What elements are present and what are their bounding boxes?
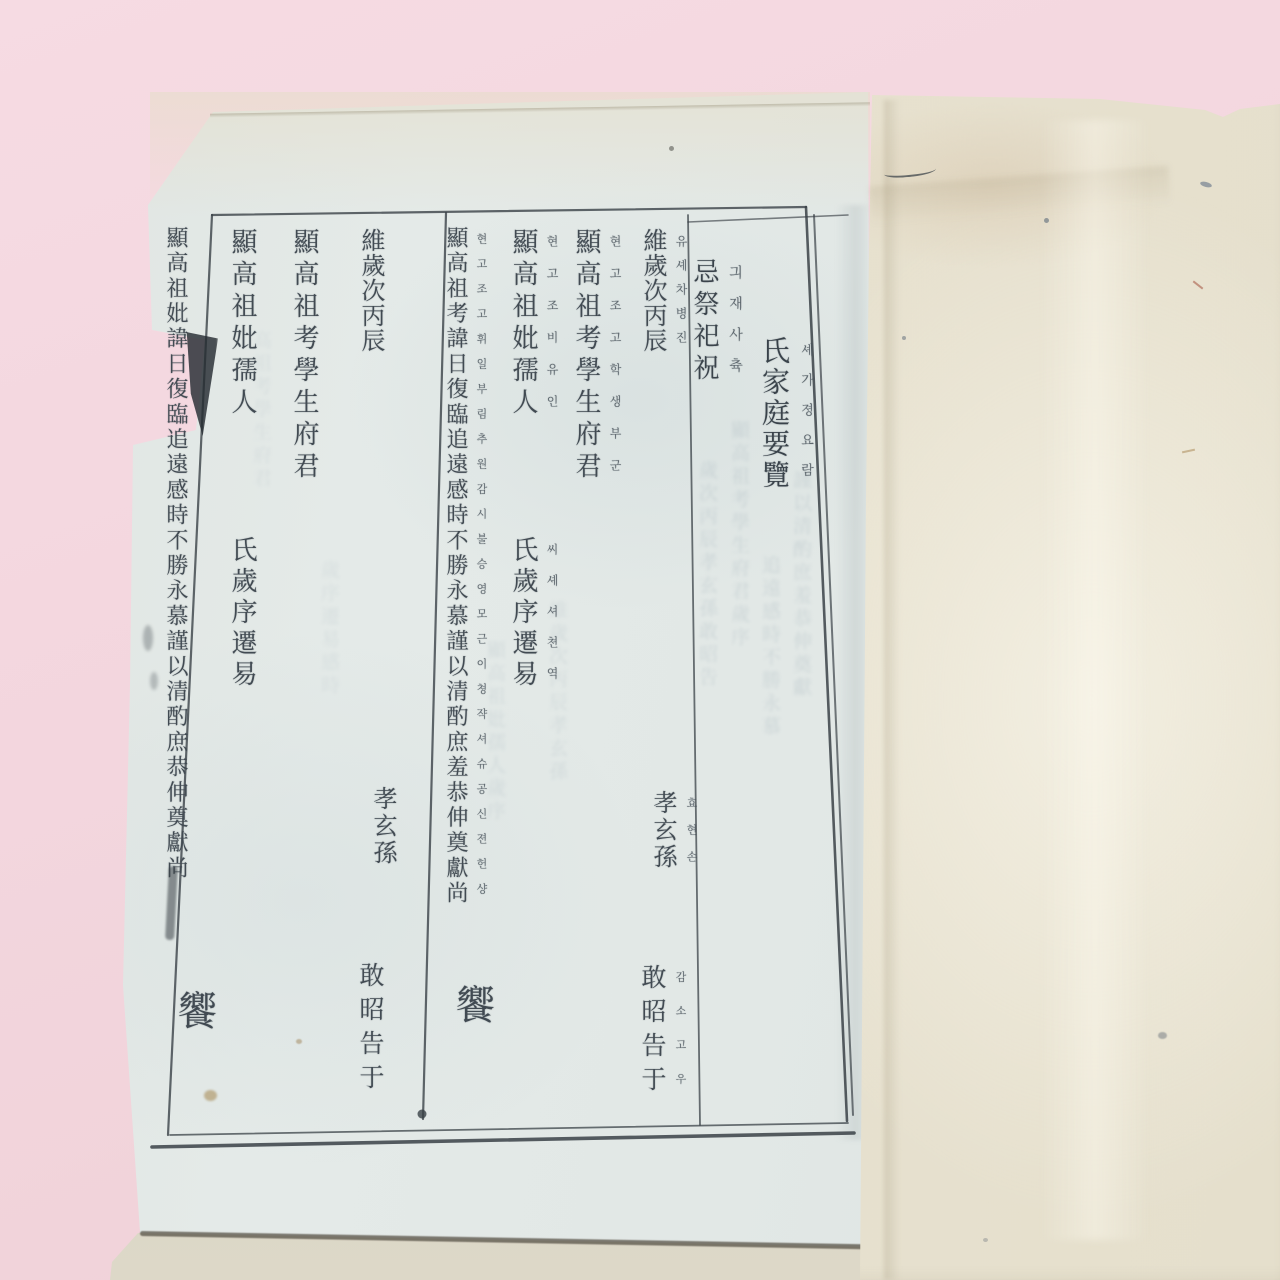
bleedthrough-text: 歲次丙辰孝玄孫敢昭告: [694, 460, 721, 690]
hanja-text: 饗: [444, 984, 501, 1024]
hanja-text: 氏歲序遷易: [224, 536, 261, 691]
hanja-text: 顯高祖妣諱日復臨追遠感時不勝永慕謹以清酌庶恭伸奠獻尚: [160, 226, 191, 881]
declaration-phrase: 敢昭告于 감소고우: [634, 964, 688, 1107]
paper-speck: [1044, 218, 1049, 223]
bleedthrough-text: 追遠感時不勝永慕: [757, 555, 784, 739]
ancestress-title: 顯高祖妣孺人 현고조비유인: [505, 228, 561, 427]
clan-seasons-phrase: 氏歲序遷易 씨셰셔쳔역: [505, 536, 561, 698]
hyang-character: 饗: [166, 990, 223, 1030]
paper-stain: [204, 1090, 217, 1101]
bleedthrough-text: 歲序遷易感時: [316, 560, 343, 698]
filial-descendant: 孝玄孫: [366, 786, 401, 867]
photo-of-open-ritual-book: { "scene": { "description": "Photograph …: [0, 0, 1280, 1280]
hangul-gloss: 효현손: [683, 797, 699, 878]
paper-stain: [296, 1039, 302, 1044]
paper-speck: [1158, 1032, 1167, 1039]
ancestor-title: 顯高祖考學生府君 현고조고학생부군: [568, 228, 624, 491]
prayer-body: 顯高祖考諱日復臨追遠感時不勝永慕謹以清酌庶羞恭伸奠獻尚 현고조고휘일부림추원감시…: [440, 226, 489, 908]
hangul-gloss: 씨셰셔쳔역: [544, 543, 561, 698]
book-title-hanja: 氏家庭要覽: [754, 336, 794, 491]
ancestress-title: 顯高祖妣孺人: [224, 228, 261, 420]
hangul-gloss: 현고조고휘일부림추원감시불승영모근이쳥쟉셔슈공신젼헌샹: [473, 233, 489, 908]
section-heading-hanja: 忌祭祀祝: [686, 258, 723, 386]
prayer-body: 顯高祖妣諱日復臨追遠感時不勝永慕謹以清酌庶恭伸奠獻尚: [160, 226, 191, 881]
hangul-gloss: 현고조고학생부군: [607, 235, 624, 491]
hanja-text: 饗: [166, 990, 223, 1030]
hanja-text: 顯高祖考學生府君: [286, 228, 323, 484]
hanja-text: 顯高祖妣孺人: [224, 228, 261, 420]
ink-smudge: [143, 625, 153, 651]
hanja-text: 顯高祖妣孺人: [505, 228, 542, 420]
ancestor-title: 顯高祖考學生府君: [286, 228, 323, 484]
hanja-text: 孝玄孫: [646, 790, 681, 871]
hanja-text: 顯高祖考諱日復臨追遠感時不勝永慕謹以清酌庶羞恭伸奠獻尚: [440, 226, 471, 906]
section-heading-hangul-gloss: 긔재사츅: [725, 265, 745, 389]
ink-smudge: [150, 672, 158, 690]
book-title-hangul-gloss: 셰가졍요람: [796, 343, 815, 493]
hangul-gloss: 감소고우: [672, 971, 688, 1107]
hanja-text: 敢昭告于: [634, 964, 670, 1100]
hanja-text: 維歲次丙辰: [636, 228, 671, 353]
hyang-character: 饗: [444, 984, 501, 1024]
invocation-date: 維歲次丙辰 유셰차병진: [636, 228, 690, 355]
hanja-text: 顯高祖考學生府君: [568, 228, 605, 484]
clan-seasons-phrase: 氏歲序遷易: [224, 536, 261, 691]
hanja-text: 維歲次丙辰: [354, 228, 389, 353]
book-title: 氏家庭要覽 셰가졍요람: [754, 336, 815, 493]
filial-descendant: 孝玄孫 효현손: [646, 790, 699, 878]
bleedthrough-text: 顯高祖考學生府君歲序: [726, 420, 753, 650]
paper-speck: [902, 336, 906, 340]
hanja-text: 敢昭告于: [352, 962, 388, 1098]
divider-ink-blob: [418, 1110, 427, 1119]
hanja-text: 孝玄孫: [366, 786, 401, 867]
paper-speck: [983, 1238, 988, 1242]
section-heading: 忌祭祀祝 긔재사츅: [686, 258, 745, 389]
bleedthrough-text: 謹以清酌庶羞恭伸奠獻: [788, 470, 815, 700]
invocation-date: 維歲次丙辰: [354, 228, 389, 353]
hangul-gloss: 유셰차병진: [673, 235, 690, 355]
photograph: 歲次丙辰孝玄孫敢昭告 顯高祖考學生府君歲序 追遠感時不勝永慕 謹以清酌庶羞恭伸奠…: [0, 0, 1280, 1280]
hangul-gloss: 현고조비유인: [544, 235, 561, 427]
hanja-text: 氏歲序遷易: [505, 536, 542, 691]
paper-stain: [669, 146, 674, 151]
declaration-phrase: 敢昭告于: [352, 962, 388, 1098]
